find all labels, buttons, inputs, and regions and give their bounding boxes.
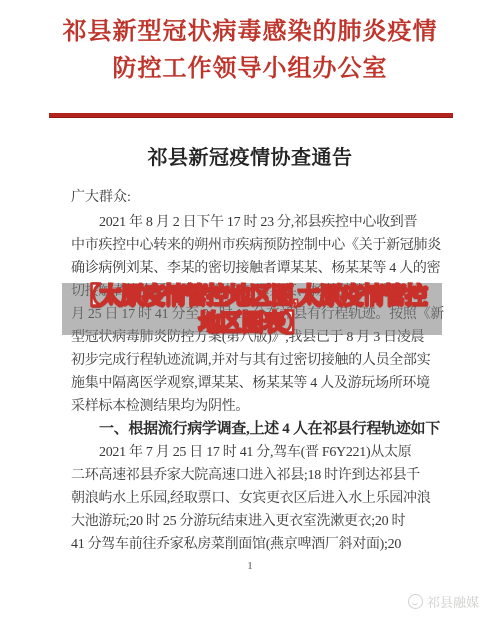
document-photo: 祁县新型冠状病毒感染的肺炎疫情 防控工作领导小组办公室 祁县新冠疫情协查通告 广… — [0, 0, 500, 623]
qixian-media-logo-icon — [408, 594, 423, 609]
notice-body: 2021 年 8 月 2 日下午 17 时 23 分,祁县疾控中心收到晋中市疾控… — [71, 211, 437, 556]
body-line: 施集中隔离医学观察,谭某某、杨某某等 4 人及游玩场所环境 — [71, 372, 437, 395]
letterhead-line2: 防控工作领导小组办公室 — [0, 51, 500, 88]
red-divider — [49, 113, 453, 118]
body-line: 朝浪屿水上乐园,经取票口、女宾更衣区后进入水上乐园冲浪 — [71, 487, 437, 510]
body-line: 确诊病例刘某、李某的密切接触者谭某某、杨某某等 4 人的密 — [71, 257, 437, 280]
body-line: 中市疾控中心转来的朔州市疾病预防控制中心《关于新冠肺炎 — [71, 234, 437, 257]
body-line: 41 分驾车前往乔家私房菜削面馆(燕京啤酒厂斜对面);20 — [71, 533, 437, 556]
body-line: 初步完成行程轨迹流调,并对与其有过密切接触的人员全部实 — [71, 349, 437, 372]
body-line: 2021 年 8 月 2 日下午 17 时 23 分,祁县疾控中心收到晋 — [71, 211, 437, 234]
document-title: 祁县新冠疫情协查通告 — [0, 141, 500, 170]
caption-line2: 地区图表】 — [52, 309, 452, 336]
body-line: 二环高速祁县乔家大院高速口进入祁县;18 时许到达祁县千 — [71, 464, 437, 487]
publisher-watermark-label: 祁县融媒 — [427, 592, 479, 611]
body-line: 2021 年 7 月 25 日 17 时 41 分,驾车(晋 F6Y221)从太… — [71, 441, 437, 464]
section-heading-line: 一、根据流行病学调查,上述 4 人在祁县行程轨迹如下 — [71, 418, 437, 441]
publisher-watermark: 祁县融媒 — [408, 592, 479, 611]
caption-line1: 【太原疫情管控地区图,太原疫情管控 — [52, 282, 452, 309]
salutation: 广大群众: — [71, 186, 131, 206]
page-number: 1 — [0, 560, 500, 572]
letterhead: 祁县新型冠状病毒感染的肺炎疫情 防控工作领导小组办公室 — [0, 14, 500, 88]
body-line: 采样标本检测结果均为阴性。 — [71, 395, 437, 418]
body-line: 大池游玩;20 时 25 分游玩结束进入更衣室洗漱更衣;20 时 — [71, 510, 437, 533]
caption-overlay-text: 【太原疫情管控地区图,太原疫情管控 地区图表】 — [52, 282, 452, 336]
letterhead-line1: 祁县新型冠状病毒感染的肺炎疫情 — [0, 14, 500, 51]
